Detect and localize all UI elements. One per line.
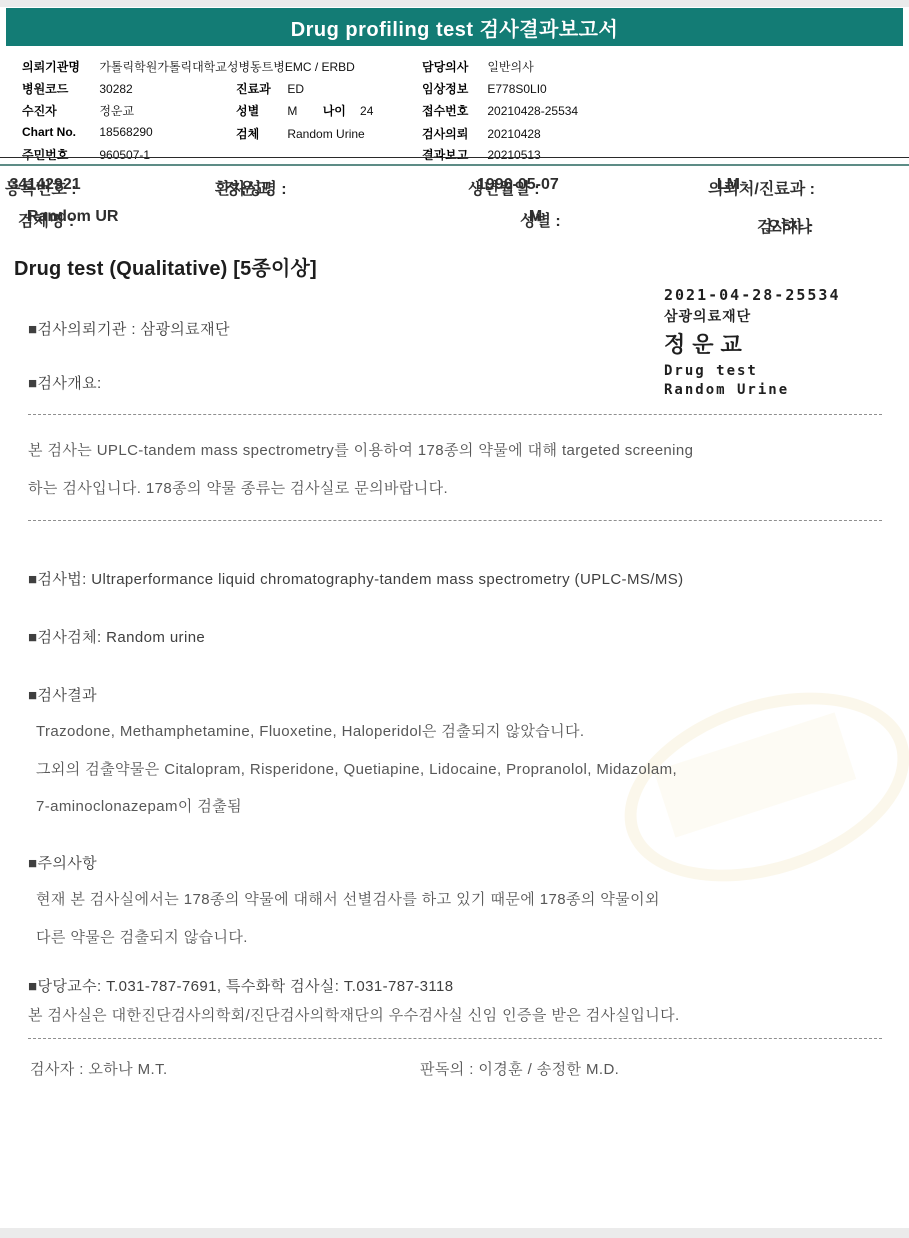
- divider-dark: [0, 157, 909, 158]
- reg-no: 등록번호 : 34142921: [5, 176, 9, 194]
- stamp-patient-name: 정운교: [664, 328, 841, 359]
- info-label: 병원코드: [22, 80, 96, 97]
- stamp-receipt-number: 2021-04-28-25534: [664, 286, 841, 304]
- info-label-age: 나이: [323, 102, 357, 119]
- info-label: 결과보고: [422, 146, 484, 163]
- info-value: 20210428: [487, 127, 540, 141]
- result-line-1: Trazodone, Methamphetamine, Fluoxetine, …: [36, 720, 584, 741]
- info-row-resident-no: 주민번호 960507-1: [22, 146, 150, 163]
- info-row-patient: 수진자 정운교: [22, 102, 134, 119]
- stamp-specimen-type: Random Urine: [664, 382, 841, 398]
- info-row-report-date: 결과보고 20210513: [422, 146, 541, 163]
- stamp-foundation-name: 삼광의료재단: [664, 306, 841, 326]
- info-row-hospital-code: 병원코드 30282: [22, 80, 133, 97]
- info-label: 검체: [236, 125, 284, 142]
- section-result-label: ■검사결과: [28, 684, 97, 705]
- info-label: Chart No.: [22, 125, 96, 139]
- info-value: M: [287, 104, 297, 118]
- dashed-divider-2: [28, 520, 882, 521]
- section-specimen: ■검사검체: Random urine: [28, 626, 205, 647]
- patient-dept: 의뢰처/진료과 : LM: [708, 176, 717, 194]
- patient-name: 환자성명 : 정운교: [215, 176, 224, 194]
- info-value: 960507-1: [99, 148, 150, 162]
- info-label: 접수번호: [422, 102, 484, 119]
- result-line-2: 그외의 검출약물은 Citalopram, Risperidone, Queti…: [36, 758, 677, 779]
- info-label: 성별: [236, 102, 284, 119]
- patient-dob: 생년월일 : 1996-05-07: [468, 176, 477, 194]
- info-row-clinical-info: 임상정보 E778S0LI0: [422, 80, 547, 97]
- footer-tester: 검사자 : 오하나 M.T.: [30, 1058, 168, 1079]
- section-method: ■검사법: Ultraperformance liquid chromatogr…: [28, 568, 684, 589]
- patient-tester: 검사자 : 오하나: [757, 214, 766, 232]
- info-row-sex-age: 성별 M 나이 24: [236, 102, 373, 119]
- info-label: 검사의뢰: [422, 125, 484, 142]
- section-caution-label: ■주의사항: [28, 852, 97, 873]
- info-value: E778S0LI0: [487, 82, 546, 96]
- info-value: 18568290: [99, 125, 152, 139]
- info-row-org: 의뢰기관명 가톨릭학원가톨릭대학교성병동트병EMC / ERBD: [22, 58, 355, 75]
- caution-line-1: 현재 본 검사실에서는 178종의 약물에 대해서 선별검사를 하고 있기 때문…: [36, 888, 660, 909]
- info-value: Random Urine: [287, 127, 364, 141]
- section-contact: ■당당교수: T.031-787-7691, 특수화학 검사실: T.031-7…: [28, 975, 453, 996]
- footer-reader: 판독의 : 이경훈 / 송정한 M.D.: [420, 1058, 619, 1079]
- section-request-org: ■검사의뢰기관 : 삼광의료재단: [28, 318, 230, 339]
- info-row-chart-no: Chart No. 18568290: [22, 125, 153, 139]
- overview-line-2: 하는 검사입니다. 178종의 약물 종류는 검사실로 문의바랍니다.: [28, 477, 448, 498]
- header-info-grid: 의뢰기관명 가톨릭학원가톨릭대학교성병동트병EMC / ERBD 병원코드 30…: [0, 0, 909, 160]
- divider-teal: [0, 164, 909, 166]
- info-row-specimen: 검체 Random Urine: [236, 125, 365, 142]
- overview-line-1: 본 검사는 UPLC-tandem mass spectrometry를 이용하…: [28, 439, 693, 460]
- info-label: 담당의사: [422, 58, 484, 75]
- info-label: 수진자: [22, 102, 96, 119]
- patient-sex: 성별 : M: [520, 208, 529, 226]
- caution-line-2: 다른 약물은 검출되지 않습니다.: [36, 926, 248, 947]
- info-value: ED: [287, 82, 304, 96]
- patient-specimen: 검체명 : Random UR: [18, 208, 27, 226]
- info-row-receipt-no: 접수번호 20210428-25534: [422, 102, 578, 119]
- info-value: 정운교: [99, 104, 134, 118]
- section-overview-label: ■검사개요:: [28, 372, 102, 393]
- info-value: 20210513: [487, 148, 540, 162]
- dashed-divider-1: [28, 414, 882, 415]
- info-row-request-date: 검사의뢰 20210428: [422, 125, 541, 142]
- info-label: 진료과: [236, 80, 284, 97]
- dashed-divider-3: [28, 1038, 882, 1039]
- accreditation-note: 본 검사실은 대한진단검사의학회/진단검사의학재단의 우수검사실 신임 인증을 …: [28, 1004, 680, 1025]
- document-title: Drug test (Qualitative) [5종이상]: [14, 252, 317, 281]
- window-bottom-strip: [0, 1228, 909, 1238]
- info-value: 일반의사: [487, 60, 533, 74]
- info-value: 가톨릭학원가톨릭대학교성병동트병EMC / ERBD: [99, 60, 354, 74]
- info-label: 의뢰기관명: [22, 58, 96, 75]
- info-value: 20210428-25534: [487, 104, 578, 118]
- info-label: 주민번호: [22, 146, 96, 163]
- info-row-department: 진료과 ED: [236, 80, 304, 97]
- info-value: 30282: [99, 82, 132, 96]
- result-line-3: 7-aminoclonazepam이 검출됨: [36, 795, 242, 816]
- info-value-age: 24: [360, 104, 373, 118]
- info-row-doctor: 담당의사 일반의사: [422, 58, 534, 75]
- stamp-test-name: Drug test: [664, 363, 841, 379]
- info-label: 임상정보: [422, 80, 484, 97]
- receipt-stamp: 2021-04-28-25534 삼광의료재단 정운교 Drug test Ra…: [664, 286, 841, 398]
